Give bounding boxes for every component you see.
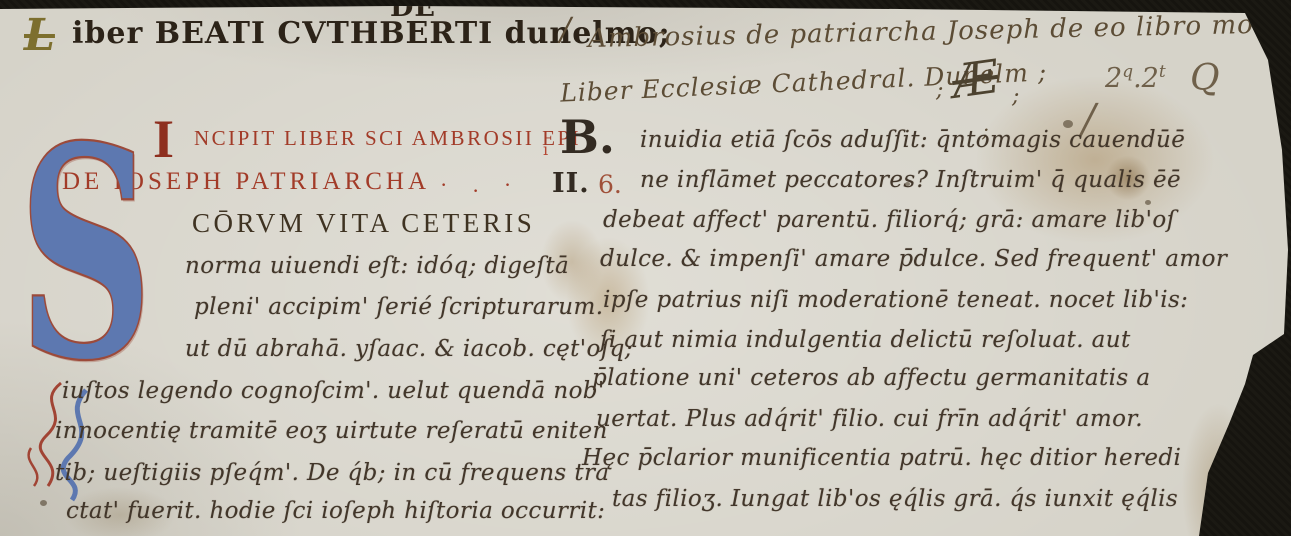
rubric-line-1: NCIPIT LIBER SCI AMBROSII EPI	[194, 126, 581, 151]
manuscript-line: p̄latione uni' ceteros ab affectu german…	[592, 365, 1150, 391]
manuscript-line: debeat affect' parentū. filiorq́; grā: a…	[603, 207, 1176, 233]
manuscript-line: ipſe patrius niſi moderationē teneat. no…	[603, 287, 1188, 313]
shelfmark-sup2: t	[1159, 62, 1166, 82]
header-title-gothic: iber BEATI CVTHBERTI dunelmo;	[72, 16, 671, 51]
caps-line: CŌRVM VITA CETERIS	[192, 208, 535, 239]
library-monogram: Æ	[948, 49, 1001, 109]
ornate-initial-l: L	[24, 10, 55, 61]
shelfmark-n2: 2	[1142, 63, 1159, 94]
manuscript-line: tas filioʒ. Iungat lib'os ęq́lis grā. q́…	[612, 486, 1178, 512]
manuscript-line: iuſtos legendo cognoſcim'. uelut quendā …	[62, 378, 605, 404]
shelfmark-n1: 2	[1105, 63, 1122, 94]
shelfmark: 2q.2t	[1105, 62, 1166, 94]
manuscript-line: norma uiuendi eſt: idóq; digeſtā	[185, 253, 569, 279]
stain-speck	[1145, 200, 1151, 205]
manuscript-line: Hęc p̄clarior munificentia patrū. hęc di…	[582, 445, 1181, 471]
manuscript-line: tib; ueſtigiis pſeq́m'. De q́b; in cū fr…	[55, 460, 610, 486]
pressmark-leaf-number: 6.	[598, 170, 622, 199]
rubric-initial-i: I	[153, 108, 174, 170]
stain-speck	[40, 500, 47, 506]
manuscript-line: inuidia etiā ſcōs aduſſit: q̄ntomagis ca…	[640, 127, 1185, 153]
manuscript-line: dulce. & impenſi' amare p̄dulce. Sed fre…	[600, 246, 1227, 272]
manuscript-line: ſi aut nimia indulgentia delictū reſolua…	[600, 327, 1131, 353]
manuscript-line: pleni' accipim' ſerié ſcripturarum.	[194, 294, 603, 320]
rubric-dots: · . ·	[440, 172, 521, 198]
illuminated-initial-s: S	[18, 142, 153, 369]
manuscript-line: uertat. Plus adq́rit' filio. cui frīn ad…	[596, 406, 1143, 432]
manuscript-photo: DE L iber BEATI CVTHBERTI dunelmo; / Amb…	[0, 0, 1291, 536]
header-title-cursive: Ambrosius de patriarcha Joseph de eo lib…	[588, 8, 1291, 54]
monogram-mark-left: ;	[936, 78, 944, 103]
stain-speck	[1063, 120, 1073, 128]
shelfmark-letter: Q	[1190, 58, 1220, 99]
pressmark-number: II.	[552, 168, 590, 199]
stain-speck	[905, 182, 910, 186]
shelfmark-sup1: q	[1122, 62, 1133, 82]
manuscript-line: ut dū abrahā. yſaac. & iacob. cęt'oſq;	[185, 336, 633, 362]
pressmark-letter: B.	[560, 110, 615, 164]
parchment-page: DE L iber BEATI CVTHBERTI dunelmo; / Amb…	[0, 0, 1291, 536]
shelfmark-dot: .	[1133, 63, 1142, 94]
monogram-mark-right: ;	[1012, 84, 1020, 109]
manuscript-line: innocentię tramitē eoʒ uirtute reſeratū …	[55, 418, 608, 444]
manuscript-line: ne inflāmet peccatores? Inſtruim' q̄ qua…	[640, 167, 1181, 193]
manuscript-line: ctat' fuerit. hodie ſci ioſeph hiſtoria …	[66, 498, 605, 524]
red-tick-mark: ı	[543, 140, 548, 159]
header-divider: /	[560, 10, 572, 48]
